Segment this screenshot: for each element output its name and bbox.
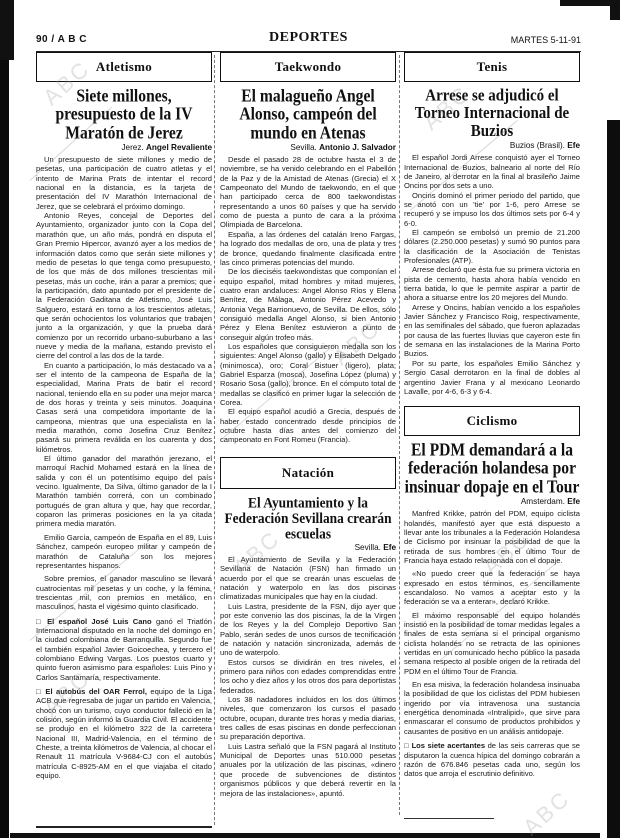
article-headline: El Ayuntamiento y la Federación Sevillan…: [220, 495, 396, 542]
byline-author: Antonio J. Salvador: [319, 143, 396, 152]
article-paragraph: Desde el pasado 28 de octubre hasta el 3…: [220, 155, 396, 230]
article-paragraph: Emilio García, campeón de España en el 8…: [36, 533, 212, 570]
byline-author: Efe: [567, 141, 580, 150]
article-byline: Buzios (Brasil). Efe: [404, 141, 580, 150]
byline-place: Sevilla.: [355, 543, 381, 552]
byline-author: Efe: [567, 497, 580, 506]
sport-label-box: Ciclismo: [404, 406, 580, 436]
bottom-rule: [36, 826, 212, 828]
article-byline: Sevilla. Antonio J. Salvador: [220, 143, 396, 152]
brief-lead: El español José Luis Cano: [47, 617, 152, 626]
article-paragraph: El español Jordi Arrese conquistó ayer e…: [404, 153, 580, 190]
news-brief: □ Los siete acertantes de las seis carre…: [404, 741, 580, 778]
article-headline: Arrese se adjudicó el Torneo Internacion…: [404, 88, 580, 141]
sport-label: Ciclismo: [467, 413, 518, 429]
article-paragraph: Los 38 nadadores incluidos en los dos úl…: [220, 695, 396, 742]
byline-place: Amsterdam.: [521, 497, 565, 506]
brief-text: equipo de la Liga ACB que regresaba de j…: [36, 687, 212, 780]
news-brief: □ El autobús del OAR Ferrol, equipo de l…: [36, 687, 212, 780]
byline-place: Sevilla.: [290, 143, 316, 152]
sport-label-box: Atletismo: [36, 52, 212, 82]
scan-edge-bottom: [10, 833, 600, 838]
article-paragraph: Luis Lastra, presidente de la FSN, dijo …: [220, 602, 396, 658]
sport-label: Natación: [282, 465, 334, 481]
article-paragraph: Sobre premios, el ganador masculino se l…: [36, 574, 212, 611]
article-paragraph: Arrese declaró que ésta fue su primera v…: [404, 265, 580, 302]
article-byline: Jerez. Angel Revaliente: [36, 143, 212, 152]
article-byline: Sevilla. Efe: [220, 543, 396, 552]
article-headline: El PDM demandará a la federación holande…: [404, 442, 580, 497]
sport-label: Tenis: [477, 59, 508, 75]
scan-edge-left-top: [0, 0, 14, 60]
column-divider: [399, 55, 400, 815]
article-paragraph: En esa misiva, la federación holandesa i…: [404, 680, 580, 736]
article-byline: Amsterdam. Efe: [404, 497, 580, 506]
article-paragraph: Oncins dominó el primer periodo del part…: [404, 191, 580, 228]
brief-bullet-icon: □: [404, 741, 412, 750]
sport-label-box: Tenis: [404, 52, 580, 82]
sport-label-box: Taekwondo: [220, 52, 396, 82]
column-tenis-ciclismo: Tenis Arrese se adjudicó el Torneo Inter…: [404, 52, 580, 779]
column-atletismo: Atletismo Siete millones, presupuesto de…: [36, 52, 212, 780]
scan-edge-right: [607, 120, 620, 838]
brief-bullet-icon: □: [36, 687, 45, 696]
column-taekwondo-natacion: Taekwondo El malagueño Angel Alonso, cam…: [220, 52, 396, 798]
article-paragraph: El campeón se embolsó un premio de 21.20…: [404, 228, 580, 265]
page-header: 90 / A B C DEPORTES MARTES 5-11-91: [36, 30, 581, 52]
article-paragraph: España, a las órdenes del catalán Ireno …: [220, 230, 396, 267]
article-paragraph: El máximo responsable del equipo holandé…: [404, 611, 580, 676]
brief-text: ganó el Triatlón Internacional disputado…: [36, 617, 212, 682]
sport-label: Atletismo: [96, 59, 152, 75]
article-paragraph: Estos cursos se dividirán en tres nivele…: [220, 658, 396, 695]
bottom-rule: [404, 818, 494, 819]
news-brief: □ El español José Luis Cano ganó el Tria…: [36, 617, 212, 682]
article-paragraph: Luis Lastra señaló que la FSN pagará al …: [220, 742, 396, 798]
brief-lead: Los siete acertantes: [412, 741, 485, 750]
sport-label-box: Natación: [220, 457, 396, 489]
byline-place: Buzios (Brasil).: [510, 141, 565, 150]
article-paragraph: «No puedo creer que la federación se hay…: [404, 569, 580, 606]
column-divider: [214, 55, 215, 825]
section-title: DEPORTES: [36, 30, 581, 46]
article-paragraph: De los dieciséis taekwondistas que compo…: [220, 267, 396, 342]
article-paragraph: Arrese y Oncins, habían vencido a los es…: [404, 303, 580, 359]
page-date: MARTES 5-11-91: [511, 35, 581, 45]
byline-place: Jerez.: [121, 143, 143, 152]
article-paragraph: El Ayuntamiento de Sevilla y la Federaci…: [220, 555, 396, 602]
brief-lead: El autobús del OAR Ferrol,: [45, 687, 147, 696]
article-paragraph: Antonio Reyes, concejal de Deportes del …: [36, 211, 212, 361]
article-paragraph: Manfred Krikke, patrón del PDM, equipo c…: [404, 509, 580, 565]
article-paragraph: Los españoles que consiguieron medalla s…: [220, 342, 396, 407]
article-paragraph: El equipo español acudió a Grecia, despu…: [220, 407, 396, 444]
byline-author: Efe: [383, 543, 396, 552]
article-paragraph: El último ganador del marathón jerezano,…: [36, 454, 212, 529]
article-paragraph: Por su parte, los españoles Emilio Sánch…: [404, 359, 580, 396]
watermark-text: ABC: [518, 785, 576, 838]
article-paragraph: En cuanto a participación, lo más destac…: [36, 361, 212, 454]
article-headline: El malagueño Angel Alonso, campeón del m…: [220, 88, 396, 143]
scan-edge-right-corner: [610, 0, 620, 20]
article-paragraph: Un presupuesto de siete millones y medio…: [36, 155, 212, 211]
article-headline: Siete millones, presupuesto de la IV Mar…: [36, 88, 212, 143]
scan-edge-left: [0, 0, 9, 838]
byline-author: Angel Revaliente: [146, 143, 212, 152]
sport-label: Taekwondo: [275, 59, 342, 75]
brief-bullet-icon: □: [36, 617, 47, 626]
